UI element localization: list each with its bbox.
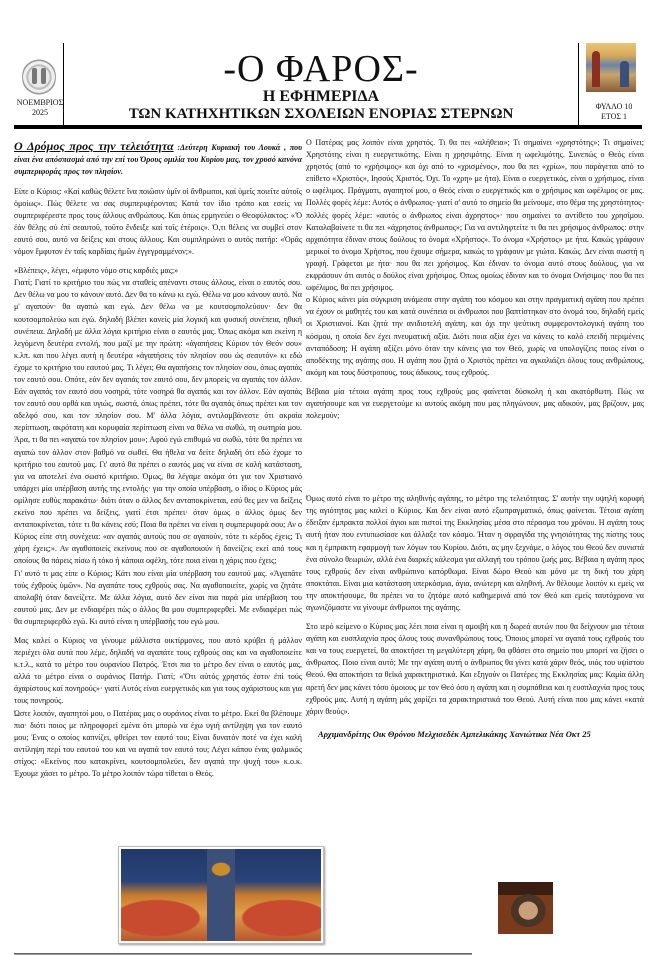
author-portrait <box>498 882 553 934</box>
headline-title: Ο Δρόμος προς την τελειότητα <box>14 139 174 153</box>
paragraph: ο Κύριος κάνει μία σύγκριση ανάμεσα στην… <box>306 294 644 379</box>
paragraph: «Βλέπεις», λέγει, «έμφυτο νόμο στις καρδ… <box>14 265 302 277</box>
paragraph: Όμως αυτό είναι το μέτρο της αληθινής αγ… <box>306 493 644 614</box>
paragraph: Είπε ο Κύριος: «Καί καθὼς θέλετε ἵνα ποι… <box>14 186 302 259</box>
newspaper-subtitle: Η ΕΦΗΜΕΡΙΔΑ <box>64 88 578 106</box>
sermon-on-the-mount-icon <box>118 846 324 944</box>
masthead: ΝΟΕΜΒΡΙΟΣ 2025 -Ο ΦΑΡΟΣ- Η ΕΦΗΜΕΡΙΔΑ ΤΩΝ… <box>0 43 656 125</box>
article-right-column: Ο Πατέρας μας λοιπόν είναι χρηστός. Τι θ… <box>306 137 644 740</box>
newspaper-title: -Ο ΦΑΡΟΣ- <box>64 49 578 89</box>
issue-sheet: ΦΥΛΛΟ 10 <box>586 102 642 112</box>
issue-month: ΝΟΕΜΒΡΙΟΣ <box>14 98 66 108</box>
paragraph: Γιατί; Γιατί το κριτήριο του πώς να σταθ… <box>14 277 302 567</box>
paragraph: Γι' αυτό τι μας είπε ο Κύριος; Κάτι που … <box>14 568 302 628</box>
newspaper-publisher: ΤΩΝ ΚΑΤΗΧΗΤΙΚΩΝ ΣΧΟΛΕΙΩΝ ΕΝΟΡΙΑΣ ΣΤΕΡΝΩΝ <box>64 105 578 123</box>
author-signature: Αρχιμανδρίτης Οικ Θρόνου Μελχισεδὲκ Αμπε… <box>306 728 644 740</box>
paragraph: Ώστε λοιπόν, αγαπητοί μου, ο Πατέρας μας… <box>14 708 302 781</box>
issue-volume: ΕΤΟΣ 1 <box>586 112 642 122</box>
icon-painting <box>586 43 636 92</box>
issue-number: ΦΥΛΛΟ 10 ΕΤΟΣ 1 <box>586 102 642 122</box>
issue-year: 2025 <box>14 108 66 118</box>
issue-date: ΝΟΕΜΒΡΙΟΣ 2025 <box>14 98 66 118</box>
paragraph: Βέβαια μία τέτοια αγάπη προς τους εχθρού… <box>306 386 644 422</box>
parish-seal-icon <box>22 57 56 97</box>
article-headline: Ο Δρόμος προς την τελειότητα :Δεύτερη Κυ… <box>14 140 302 179</box>
paragraph: Μας καλεί ο Κύριος να γίνουμε μάλλιστα ο… <box>14 635 302 708</box>
divider <box>578 43 579 125</box>
article-left-column: Ο Δρόμος προς την τελειότητα :Δεύτερη Κυ… <box>14 140 302 780</box>
paragraph: Ο Πατέρας μας λοιπόν είναι χρηστός. Τι θ… <box>306 137 644 294</box>
masthead-rule <box>14 125 642 129</box>
paragraph: Στο ιερό κείμενο ο Κύριος μας λέει ποια … <box>306 621 644 718</box>
